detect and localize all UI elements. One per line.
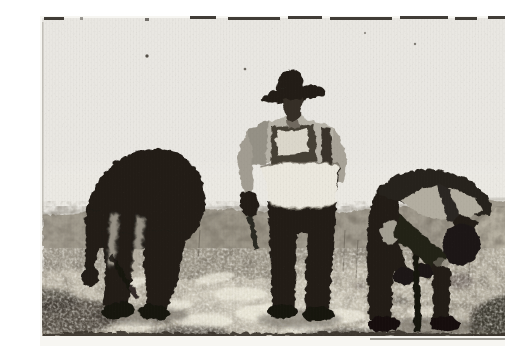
- frame-left-hairline: [42, 22, 44, 212]
- halftone-line-screen: [42, 18, 505, 336]
- halftone-photo: Grainy black-and-white halftone photogra…: [40, 16, 505, 346]
- frame-bottom-hairline: [370, 338, 505, 340]
- photo-canvas: Man in dark clothing stooped low at the …: [40, 16, 505, 346]
